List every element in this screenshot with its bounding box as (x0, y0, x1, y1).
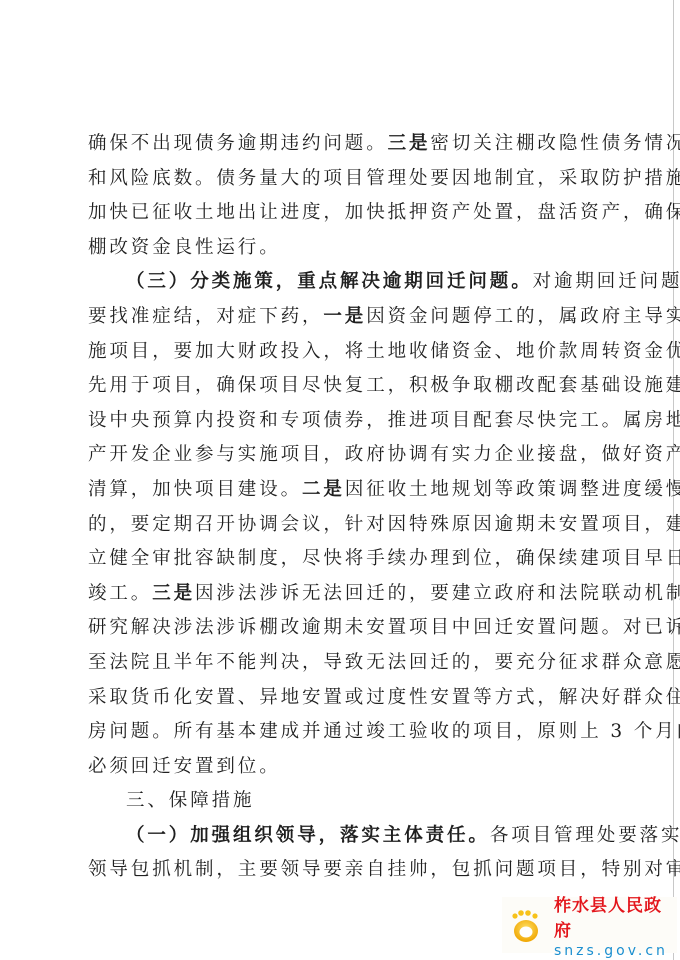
section-heading: 三、保障措施 (88, 784, 592, 819)
text-line: 领导包抓机制，主要领导要亲自挂帅，包抓问题项目，特别对审 (88, 853, 592, 888)
text-line: 设中央预算内投资和专项债券，推进项目配套尽快完工。属房地 (88, 404, 592, 439)
site-watermark-logo[interactable]: 柞水县人民政府 snzs.gov.cn (502, 897, 677, 953)
bold-text-segment: 三是 (152, 583, 195, 604)
text-line: 棚改资金良性运行。 (88, 231, 592, 266)
text-line: 先用于项目，确保项目尽快复工，积极争取棚改配套基础设施建 (88, 369, 592, 404)
bold-text-segment: 二是 (302, 479, 345, 500)
bold-text-segment: 三是 (388, 133, 431, 154)
text-line: 确保不出现债务逾期违约问题。三是密切关注棚改隐性债务情况 (88, 127, 592, 162)
text-segment: 三、保障措施 (126, 790, 254, 811)
text-line: 产开发企业参与实施项目，政府协调有实力企业接盘，做好资产 (88, 438, 592, 473)
text-segment: 棚改资金良性运行。 (88, 237, 281, 258)
site-domain: snzs.gov.cn (554, 943, 677, 959)
text-segment: 因征收土地规划等政策调整进度缓慢 (345, 479, 680, 500)
text-segment: 密切关注棚改隐性债务情况 (430, 133, 680, 154)
text-segment: 研究解决涉法涉诉棚改逾期未安置项目中回迁安置问题。对已诉 (88, 617, 680, 638)
text-segment: 房问题。所有基本建成并通过竣工验收的项目，原则上 3 个月内 (88, 721, 680, 742)
text-segment: 采取货币化安置、异地安置或过度性安置等方式，解决好群众住 (88, 687, 680, 708)
text-line: 至法院且半年不能判决，导致无法回迁的，要充分征求群众意愿， (88, 646, 592, 681)
text-line: （一）加强组织领导，落实主体责任。各项目管理处要落实 (88, 819, 592, 854)
text-line: 采取货币化安置、异地安置或过度性安置等方式，解决好群众住 (88, 681, 592, 716)
text-line: 房问题。所有基本建成并通过竣工验收的项目，原则上 3 个月内 (88, 715, 592, 750)
text-segment: 因资金问题停工的，属政府主导实 (366, 306, 680, 327)
text-segment: 先用于项目，确保项目尽快复工，积极争取棚改配套基础设施建 (88, 375, 680, 396)
text-segment: 立健全审批容缺制度，尽快将手续办理到位，确保续建项目早日 (88, 548, 680, 569)
text-line: 要找准症结，对症下药，一是因资金问题停工的，属政府主导实 (88, 300, 592, 335)
text-line: 加快已征收土地出让进度，加快抵押资产处置，盘活资产，确保 (88, 196, 592, 231)
text-segment: 的，要定期召开协调会议，针对因特殊原因逾期未安置项目，建 (88, 514, 680, 535)
text-segment: 施项目，要加大财政投入，将土地收储资金、地价款周转资金优 (88, 341, 680, 362)
text-line: 研究解决涉法涉诉棚改逾期未安置项目中回迁安置问题。对已诉 (88, 611, 592, 646)
text-segment: 各项目管理处要落实 (490, 825, 680, 846)
text-segment: 至法院且半年不能判决，导致无法回迁的，要充分征求群众意愿， (88, 652, 680, 673)
text-line: 清算，加快项目建设。二是因征收土地规划等政策调整进度缓慢 (88, 473, 592, 508)
text-line: 和风险底数。债务量大的项目管理处要因地制宜，采取防护措施， (88, 162, 592, 197)
text-line: （三）分类施策，重点解决逾期回迁问题。对逾期回迁问题 (88, 265, 592, 300)
text-segment: 产开发企业参与实施项目，政府协调有实力企业接盘，做好资产 (88, 444, 680, 465)
bold-text-segment: 一是 (323, 306, 366, 327)
text-segment: 竣工。 (88, 583, 152, 604)
text-segment: 清算，加快项目建设。 (88, 479, 302, 500)
bold-text-segment: （一）加强组织领导，落实主体责任。 (126, 825, 490, 846)
text-line: 的，要定期召开协调会议，针对因特殊原因逾期未安置项目，建 (88, 508, 592, 543)
text-segment: 加快已征收土地出让进度，加快抵押资产处置，盘活资产，确保 (88, 202, 680, 223)
site-name: 柞水县人民政府 (554, 891, 677, 941)
text-line: 必须回迁安置到位。 (88, 750, 592, 785)
text-segment: 要找准症结，对症下药， (88, 306, 323, 327)
text-segment: 设中央预算内投资和专项债券，推进项目配套尽快完工。属房地 (88, 410, 680, 431)
text-segment: 必须回迁安置到位。 (88, 756, 281, 777)
text-line: 施项目，要加大财政投入，将土地收储资金、地价款周转资金优 (88, 335, 592, 370)
document-body: 确保不出现债务逾期违约问题。三是密切关注棚改隐性债务情况和风险底数。债务量大的项… (88, 127, 592, 888)
text-segment: 因涉法涉诉无法回迁的，要建立政府和法院联动机制， (195, 583, 680, 604)
text-segment: 确保不出现债务逾期违约问题。 (88, 133, 388, 154)
footprint-logo-icon (506, 905, 546, 945)
text-line: 竣工。三是因涉法涉诉无法回迁的，要建立政府和法院联动机制， (88, 577, 592, 612)
text-line: 立健全审批容缺制度，尽快将手续办理到位，确保续建项目早日 (88, 542, 592, 577)
text-segment: 和风险底数。债务量大的项目管理处要因地制宜，采取防护措施， (88, 168, 680, 189)
text-segment: 领导包抓机制，主要领导要亲自挂帅，包抓问题项目，特别对审 (88, 859, 680, 880)
bold-text-segment: （三）分类施策，重点解决逾期回迁问题。 (126, 271, 533, 292)
text-segment: 对逾期回迁问题 (533, 271, 680, 292)
